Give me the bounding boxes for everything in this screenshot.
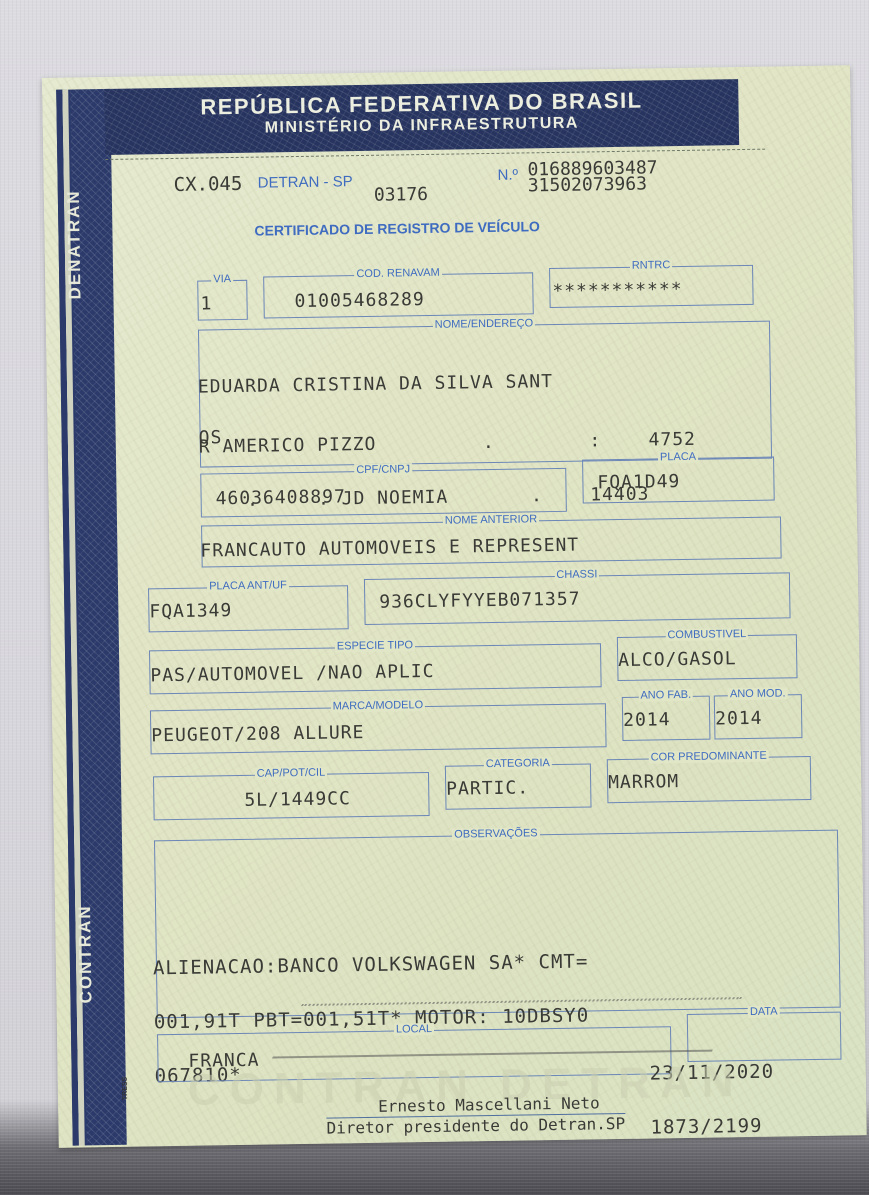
number-prefix: N.º bbox=[497, 167, 518, 184]
date-label: DATA bbox=[748, 1006, 780, 1018]
species-type-value: PAS/AUTOMOVEL /NAO APLIC bbox=[150, 661, 434, 686]
observations-field: OBSERVAÇÕES ALIENACAO:BANCO VOLKSWAGEN S… bbox=[154, 830, 841, 1019]
capacity-power-label: CAP/POT/CIL bbox=[255, 767, 328, 780]
signatory-name: Ernesto Mascellani Neto bbox=[378, 1093, 600, 1115]
category-value: PARTIC. bbox=[446, 777, 529, 799]
document-header: REPÚBLICA FEDERATIVA DO BRASIL MINISTÉRI… bbox=[104, 79, 739, 155]
category-label: CATEGORIA bbox=[484, 757, 552, 770]
model-year-label: ANO MOD. bbox=[728, 687, 788, 700]
contran-label: CONTRAN bbox=[75, 889, 125, 1020]
fuel-field: COMBUSTIVEL ALCO/GASOL bbox=[617, 634, 798, 681]
plate-value: FQA1D49 bbox=[597, 471, 680, 493]
manufacture-year-field: ANO FAB. 2014 bbox=[622, 696, 711, 741]
chassis-value: 936CLYFYYEB071357 bbox=[379, 589, 581, 613]
previous-owner-label: NOME ANTERIOR bbox=[443, 513, 539, 527]
vehicle-registration-certificate: DENATRAN CONTRAN TRESS REPÚBLICA FEDERAT… bbox=[42, 65, 867, 1148]
observations-line1: ALIENACAO:BANCO VOLKSWAGEN SA* CMT= bbox=[153, 953, 589, 978]
previous-plate-field: PLACA ANT/UF FQA1349 bbox=[148, 585, 349, 632]
species-type-label: ESPECIE TIPO bbox=[335, 639, 415, 652]
cpf-cnpj-label: CPF/CNPJ bbox=[354, 463, 412, 476]
model-year-value: 2014 bbox=[715, 708, 763, 730]
rntrc-label: RNTRC bbox=[630, 259, 673, 272]
cx-code: CX.045 bbox=[174, 173, 243, 196]
plate-label: PLACA bbox=[658, 451, 698, 464]
color-field: COR PREDOMINANTE MARROM bbox=[607, 756, 812, 803]
model-year-field: ANO MOD. 2014 bbox=[714, 694, 803, 739]
renavam-field: COD. RENAVAM 01005468289 bbox=[263, 272, 534, 318]
name-address-label: NOME/ENDEREÇO bbox=[433, 317, 536, 331]
make-model-field: MARCA/MODELO PEUGEOT/208 ALLURE bbox=[150, 703, 607, 754]
rntrc-field: RNTRC *********** bbox=[549, 265, 754, 308]
rntrc-value: *********** bbox=[552, 279, 683, 302]
via-label: VIA bbox=[211, 273, 233, 285]
via-value: 1 bbox=[200, 293, 212, 314]
manufacture-year-value: 2014 bbox=[623, 709, 671, 731]
via-field: VIA 1 bbox=[197, 280, 248, 321]
make-model-value: PEUGEOT/208 ALLURE bbox=[151, 722, 364, 746]
printer-mark: TRESS bbox=[122, 1077, 129, 1100]
office-code: 03176 bbox=[374, 184, 429, 206]
owner-name-line1: EDUARDA CRISTINA DA SILVA SANT bbox=[198, 373, 553, 396]
document-number: 016889603487 31502073963 bbox=[527, 160, 658, 194]
fuel-value: ALCO/GASOL bbox=[618, 648, 737, 671]
capacity-power-field: CAP/POT/CIL 5L/1449CC bbox=[153, 772, 430, 820]
cpf-cnpj-value: 46036408897 bbox=[215, 486, 346, 509]
previous-plate-label: PLACA ANT/UF bbox=[207, 579, 289, 592]
make-model-label: MARCA/MODELO bbox=[331, 699, 426, 712]
observations-label: OBSERVAÇÕES bbox=[452, 827, 540, 840]
denatran-label: DENATRAN bbox=[64, 179, 114, 310]
chassis-label: CHASSI bbox=[554, 568, 599, 581]
name-address-field: NOME/ENDEREÇO EDUARDA CRISTINA DA SILVA … bbox=[198, 321, 772, 468]
date-line2: 1873/2199 bbox=[650, 1117, 775, 1137]
fuel-label: COMBUSTIVEL bbox=[665, 628, 748, 641]
manufacture-year-label: ANO FAB. bbox=[638, 689, 693, 702]
plate-field: PLACA FQA1D49 bbox=[582, 457, 775, 504]
capacity-power-value: 5L/1449CC bbox=[244, 788, 351, 811]
previous-owner-value: FRANCAUTO AUTOMOVEIS E REPRESENT bbox=[200, 535, 579, 562]
renavam-label: COD. RENAVAM bbox=[354, 267, 442, 280]
color-label: COR PREDOMINANTE bbox=[649, 750, 769, 764]
chassis-field: CHASSI 936CLYFYYEB071357 bbox=[364, 572, 791, 625]
species-type-field: ESPECIE TIPO PAS/AUTOMOVEL /NAO APLIC bbox=[149, 643, 602, 694]
signature-scribble bbox=[272, 997, 742, 1058]
cpf-cnpj-field: CPF/CNPJ 46036408897 bbox=[200, 468, 567, 518]
color-value: MARROM bbox=[608, 771, 679, 793]
agency-label: DETRAN - SP bbox=[258, 173, 353, 191]
renavam-value: 01005468289 bbox=[294, 289, 425, 312]
previous-plate-value: FQA1349 bbox=[149, 600, 232, 622]
document-number-line2: 31502073963 bbox=[528, 176, 658, 194]
category-field: CATEGORIA PARTIC. bbox=[445, 763, 592, 809]
